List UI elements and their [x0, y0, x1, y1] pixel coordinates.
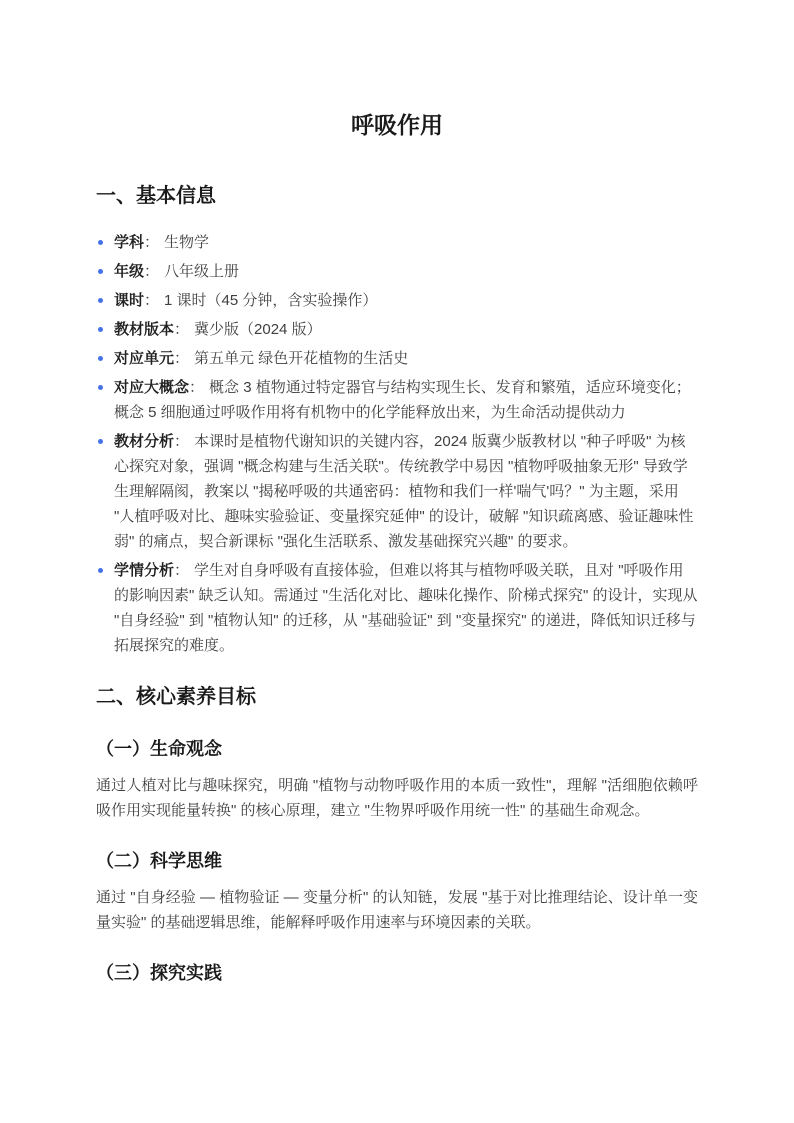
basic-info-list: 学科：生物学 年级：八年级上册 课时：1 课时（45 分钟，含实验操作） 教材版… — [96, 230, 698, 658]
list-item-textbook-version: 教材版本：冀少版（2024 版） — [96, 317, 698, 342]
bullet-icon — [98, 385, 103, 390]
list-item-text: 课时：1 课时（45 分钟，含实验操作） — [114, 288, 698, 313]
item-label: 对应大概念 — [114, 379, 189, 396]
bullet-icon — [98, 240, 103, 245]
item-value: 冀少版（2024 版） — [194, 321, 322, 338]
item-value: 第五单元 绿色开花植物的生活史 — [194, 350, 408, 367]
bullet-icon — [98, 356, 103, 361]
section-heading-core-goals: 二、核心素养目标 — [96, 684, 698, 711]
list-item-subject: 学科：生物学 — [96, 230, 698, 255]
list-item-class-hours: 课时：1 课时（45 分钟，含实验操作） — [96, 288, 698, 313]
item-label: 课时 — [114, 292, 144, 309]
list-item-text: 学科：生物学 — [114, 230, 698, 255]
subsection-body-scientific-thinking: 通过 "自身经验 — 植物验证 — 变量分析" 的认知链，发展 "基于对比推理结… — [96, 885, 698, 935]
list-item-grade: 年级：八年级上册 — [96, 259, 698, 284]
bullet-icon — [98, 269, 103, 274]
item-separator: ： — [144, 292, 159, 309]
document-page: 呼吸作用 一、基本信息 学科：生物学 年级：八年级上册 课时：1 课时（45 分… — [0, 0, 794, 1123]
subsection-body-life-concept: 通过人植对比与趣味探究，明确 "植物与动物呼吸作用的本质一致性"，理解 "活细胞… — [96, 773, 698, 823]
item-separator: ： — [174, 350, 189, 367]
item-separator: ： — [144, 234, 159, 251]
item-separator: ： — [189, 379, 204, 396]
list-item-unit: 对应单元：第五单元 绿色开花植物的生活史 — [96, 346, 698, 371]
subsection-heading-inquiry-practice: （三）探究实践 — [96, 961, 698, 985]
item-label: 教材分析 — [114, 433, 174, 450]
item-separator: ： — [174, 562, 189, 579]
list-item-text: 教材分析：本课时是植物代谢知识的关键内容，2024 版冀少版教材以 "种子呼吸"… — [114, 429, 698, 554]
list-item-text: 学情分析：学生对自身呼吸有直接体验，但难以将其与植物呼吸关联，且对 "呼吸作用的… — [114, 558, 698, 658]
bullet-icon — [98, 298, 103, 303]
item-value: 学生对自身呼吸有直接体验，但难以将其与植物呼吸关联，且对 "呼吸作用的影响因素"… — [114, 562, 697, 654]
item-label: 学科 — [114, 234, 144, 251]
item-value: 1 课时（45 分钟，含实验操作） — [164, 292, 377, 309]
list-item-learner-analysis: 学情分析：学生对自身呼吸有直接体验，但难以将其与植物呼吸关联，且对 "呼吸作用的… — [96, 558, 698, 658]
list-item-text: 教材版本：冀少版（2024 版） — [114, 317, 698, 342]
item-label: 年级 — [114, 263, 144, 280]
item-value: 生物学 — [164, 234, 209, 251]
bullet-icon — [98, 327, 103, 332]
item-label: 对应单元 — [114, 350, 174, 367]
item-separator: ： — [174, 321, 189, 338]
list-item-big-concepts: 对应大概念：概念 3 植物通过特定器官与结构实现生长、发育和繁殖，适应环境变化；… — [96, 375, 698, 425]
item-separator: ： — [174, 433, 189, 450]
list-item-text: 对应大概念：概念 3 植物通过特定器官与结构实现生长、发育和繁殖，适应环境变化；… — [114, 375, 698, 425]
item-separator: ： — [144, 263, 159, 280]
document-title: 呼吸作用 — [96, 110, 698, 141]
list-item-textbook-analysis: 教材分析：本课时是植物代谢知识的关键内容，2024 版冀少版教材以 "种子呼吸"… — [96, 429, 698, 554]
list-item-text: 对应单元：第五单元 绿色开花植物的生活史 — [114, 346, 698, 371]
subsection-heading-scientific-thinking: （二）科学思维 — [96, 849, 698, 873]
subsection-heading-life-concept: （一）生命观念 — [96, 737, 698, 761]
item-value: 本课时是植物代谢知识的关键内容，2024 版冀少版教材以 "种子呼吸" 为核心探… — [114, 433, 693, 550]
item-label: 教材版本 — [114, 321, 174, 338]
item-value: 八年级上册 — [164, 263, 239, 280]
list-item-text: 年级：八年级上册 — [114, 259, 698, 284]
section-heading-basic-info: 一、基本信息 — [96, 183, 698, 210]
bullet-icon — [98, 439, 103, 444]
item-label: 学情分析 — [114, 562, 174, 579]
bullet-icon — [98, 568, 103, 573]
